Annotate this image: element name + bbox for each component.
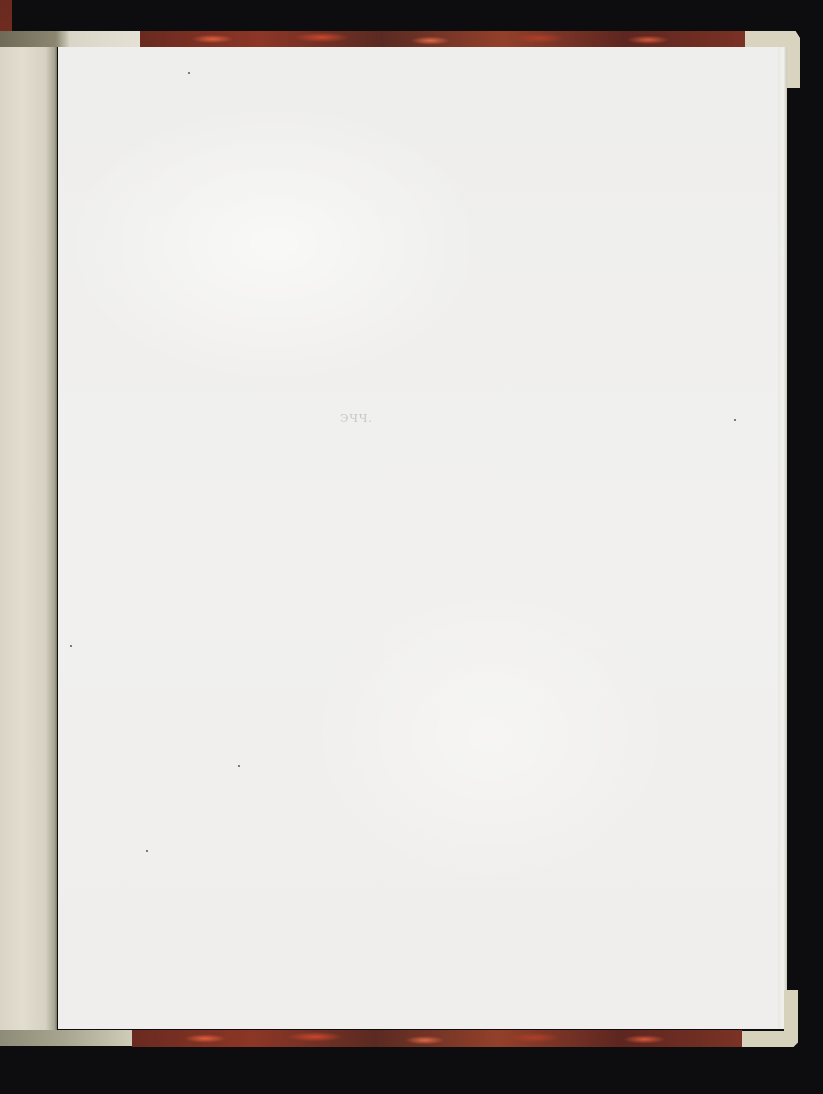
spine-paper-bottom <box>0 1030 132 1046</box>
paper-speck <box>146 850 148 852</box>
marbled-cover-top-edge <box>140 31 745 47</box>
inner-board-leaf <box>0 47 57 1030</box>
paper-speck <box>188 72 190 74</box>
marbled-cover-bottom-edge <box>132 1030 742 1047</box>
page-fore-edge <box>778 47 787 1029</box>
blank-flyleaf-page <box>58 47 778 1029</box>
paper-speck <box>734 419 736 421</box>
paper-speck <box>70 645 72 647</box>
paper-speck <box>238 765 240 767</box>
spine-paper-top <box>0 31 140 47</box>
book-scan: ЭЧЧ. <box>0 0 823 1094</box>
pencil-note: ЭЧЧ. <box>340 412 373 425</box>
